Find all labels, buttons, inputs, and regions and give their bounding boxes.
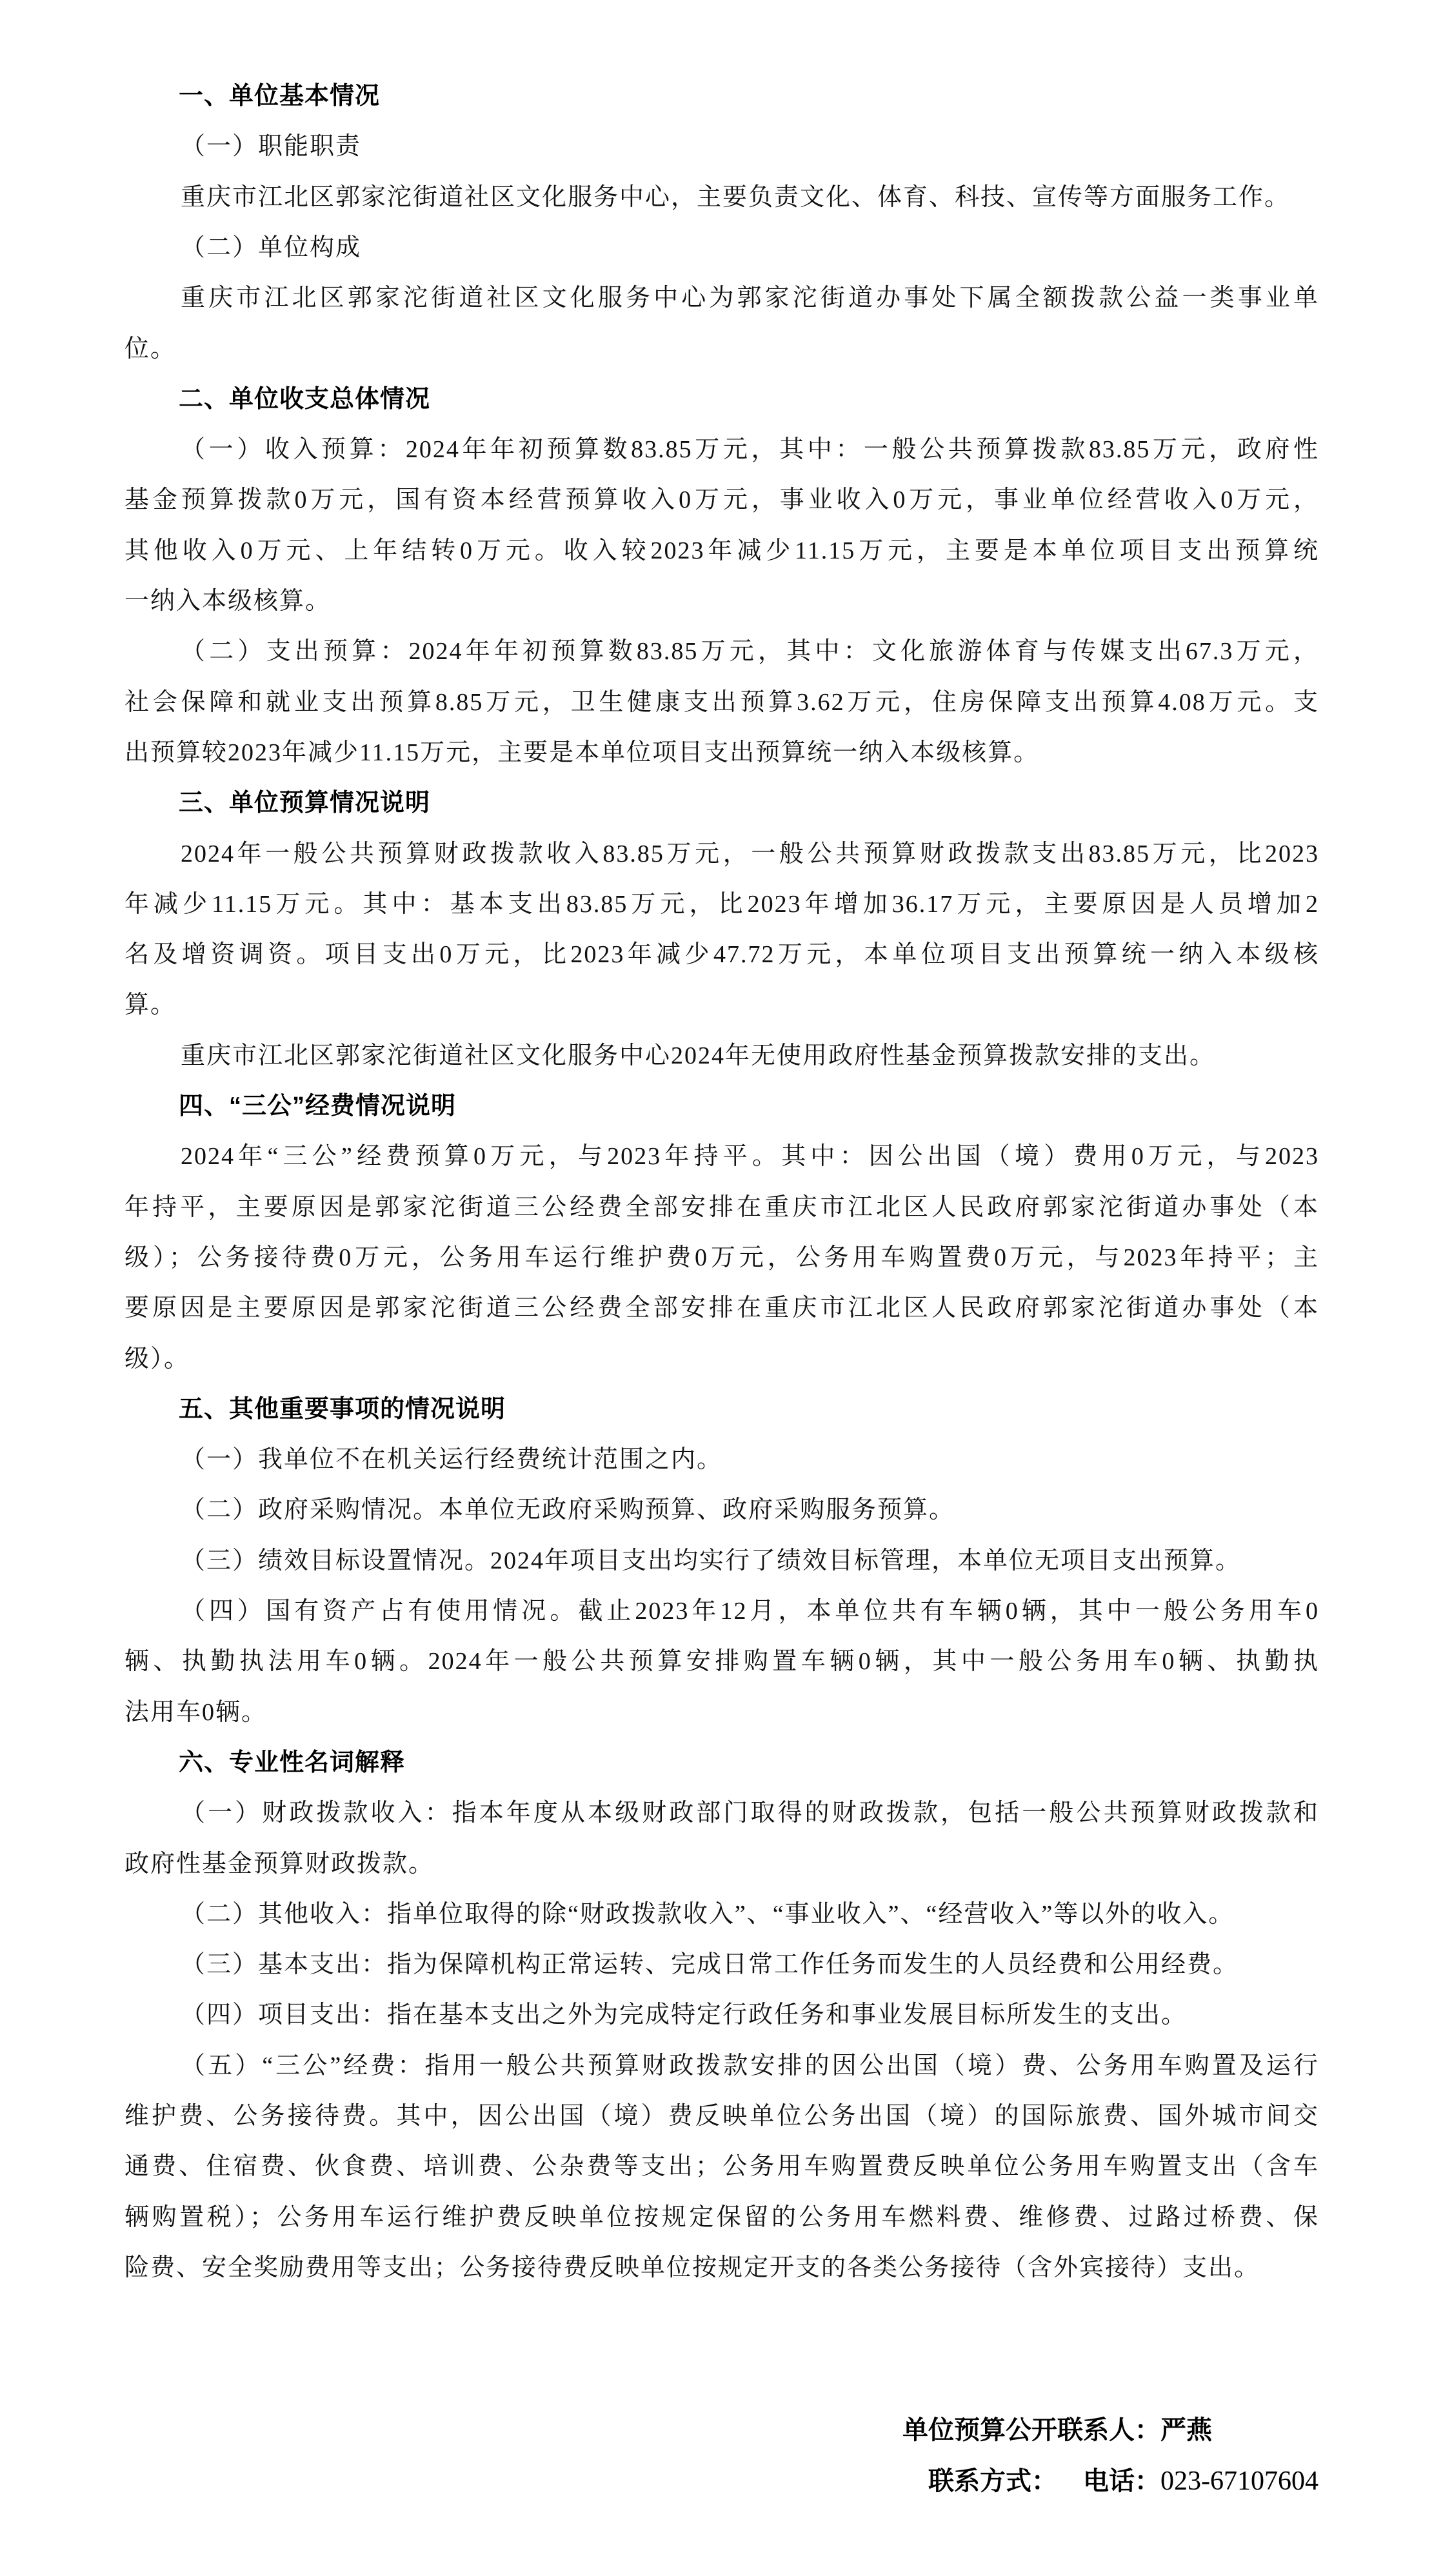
paragraph-line: 基金预算拨款0万元，国有资本经营预算收入0万元，事业收入0万元，事业单位经营收入… xyxy=(124,475,1319,525)
contact-method: 联系方式：电话：023-67107604 xyxy=(928,2462,1319,2501)
paragraph-line: 重庆市江北区郭家沱街道社区文化服务中心为郭家沱街道办事处下属全额拨款公益一类事业… xyxy=(181,273,1319,323)
contact-phone-label: 电话： xyxy=(1083,2467,1160,2495)
subsection-heading: （二）单位构成 xyxy=(181,223,361,273)
paragraph-line: 名及增资调资。项目支出0万元，比2023年减少47.72万元，本单位项目支出预算… xyxy=(124,929,1319,980)
section-heading: 六、专业性名词解释 xyxy=(179,1738,405,1788)
contact-person-label: 单位预算公开联系人： xyxy=(902,2416,1160,2444)
document-page: 一、单位基本情况（一）职能职责重庆市江北区郭家沱街道社区文化服务中心，主要负责文… xyxy=(0,0,1443,2576)
paragraph-line: 政府性基金预算财政拨款。 xyxy=(124,1839,434,1889)
paragraph-line: 一纳入本级核算。 xyxy=(124,576,331,626)
paragraph-line: （一）财政拨款收入：指本年度从本级财政部门取得的财政拨款，包括一般公共预算财政拨… xyxy=(181,1788,1319,1838)
paragraph-line: 维护费、公务接待费。其中，因公出国（境）费反映单位公务出国（境）的国际旅费、国外… xyxy=(124,2091,1319,2141)
paragraph-line: 法用车0辆。 xyxy=(124,1687,267,1738)
paragraph-line: 要原因是主要原因是郭家沱街道三公经费全部安排在重庆市江北区人民政府郭家沱街道办事… xyxy=(124,1283,1319,1333)
paragraph-line: （三）绩效目标设置情况。2024年项目支出均实行了绩效目标管理，本单位无项目支出… xyxy=(181,1536,1241,1586)
contact-method-label: 联系方式： xyxy=(928,2467,1057,2495)
paragraph-line: 出预算较2023年减少11.15万元，主要是本单位项目支出预算统一纳入本级核算。 xyxy=(124,728,1039,778)
section-heading: 二、单位收支总体情况 xyxy=(179,374,430,424)
subsection-heading: （一）职能职责 xyxy=(181,121,361,172)
paragraph-line: （五）“三公”经费：指用一般公共预算财政拨款安排的因公出国（境）费、公务用车购置… xyxy=(181,2041,1319,2091)
paragraph-line: 年减少11.15万元。其中：基本支出83.85万元，比2023年增加36.17万… xyxy=(124,879,1319,929)
section-heading: 四、“三公”经费情况说明 xyxy=(179,1081,456,1131)
paragraph-line: 算。 xyxy=(124,980,176,1030)
paragraph-line: 重庆市江北区郭家沱街道社区文化服务中心2024年无使用政府性基金预算拨款安排的支… xyxy=(181,1031,1215,1081)
paragraph-line: （一）收入预算：2024年年初预算数83.85万元，其中：一般公共预算拨款83.… xyxy=(181,424,1319,475)
section-heading: 一、单位基本情况 xyxy=(179,71,380,121)
paragraph-line: （二）支出预算：2024年年初预算数83.85万元，其中：文化旅游体育与传媒支出… xyxy=(181,626,1319,677)
contact-phone-number: 023-67107604 xyxy=(1160,2466,1319,2496)
paragraph-line: 重庆市江北区郭家沱街道社区文化服务中心，主要负责文化、体育、科技、宣传等方面服务… xyxy=(181,172,1290,223)
paragraph-line: 通费、住宿费、伙食费、培训费、公杂费等支出；公务用车购置费反映单位公务用车购置支… xyxy=(124,2141,1319,2192)
paragraph-line: 辆、执勤执法用车0辆。2024年一般公共预算安排购置车辆0辆，其中一般公务用车0… xyxy=(124,1636,1319,1687)
paragraph-line: 险费、安全奖励费用等支出；公务接待费反映单位按规定开支的各类公务接待（含外宾接待… xyxy=(124,2243,1260,2293)
contact-person: 单位预算公开联系人：严燕 xyxy=(902,2411,1212,2450)
paragraph-line: （二）其他收入：指单位取得的除“财政拨款收入”、“事业收入”、“经营收入”等以外… xyxy=(181,1889,1234,1939)
paragraph-line: 级）；公务接待费0万元，公务用车运行维护费0万元，公务用车购置费0万元，与202… xyxy=(124,1233,1319,1283)
contact-person-name: 严燕 xyxy=(1160,2416,1212,2444)
paragraph-line: 级）。 xyxy=(124,1334,190,1384)
paragraph-line: （四）国有资产占有使用情况。截止2023年12月，本单位共有车辆0辆，其中一般公… xyxy=(181,1586,1319,1636)
paragraph-line: 辆购置税）；公务用车运行维护费反映单位按规定保留的公务用车燃料费、维修费、过路过… xyxy=(124,2192,1319,2243)
paragraph-line: 位。 xyxy=(124,324,176,374)
paragraph-line: （三）基本支出：指为保障机构正常运转、完成日常工作任务而发生的人员经费和公用经费… xyxy=(181,1939,1239,1990)
paragraph-line: （四）项目支出：指在基本支出之外为完成特定行政任务和事业发展目标所发生的支出。 xyxy=(181,1990,1187,2040)
section-heading: 三、单位预算情况说明 xyxy=(179,778,430,828)
section-heading: 五、其他重要事项的情况说明 xyxy=(179,1384,506,1434)
paragraph-line: 2024年一般公共预算财政拨款收入83.85万元，一般公共预算财政拨款支出83.… xyxy=(181,829,1319,879)
paragraph-line: 其他收入0万元、上年结转0万元。收入较2023年减少11.15万元，主要是本单位… xyxy=(124,526,1319,576)
paragraph-line: 社会保障和就业支出预算8.85万元，卫生健康支出预算3.62万元，住房保障支出预… xyxy=(124,677,1319,728)
paragraph-line: （二）政府采购情况。本单位无政府采购预算、政府采购服务预算。 xyxy=(181,1485,955,1535)
paragraph-line: （一）我单位不在机关运行经费统计范围之内。 xyxy=(181,1434,722,1485)
paragraph-line: 2024年“三公”经费预算0万元，与2023年持平。其中：因公出国（境）费用0万… xyxy=(181,1131,1319,1182)
paragraph-line: 年持平，主要原因是郭家沱街道三公经费全部安排在重庆市江北区人民政府郭家沱街道办事… xyxy=(124,1182,1319,1233)
